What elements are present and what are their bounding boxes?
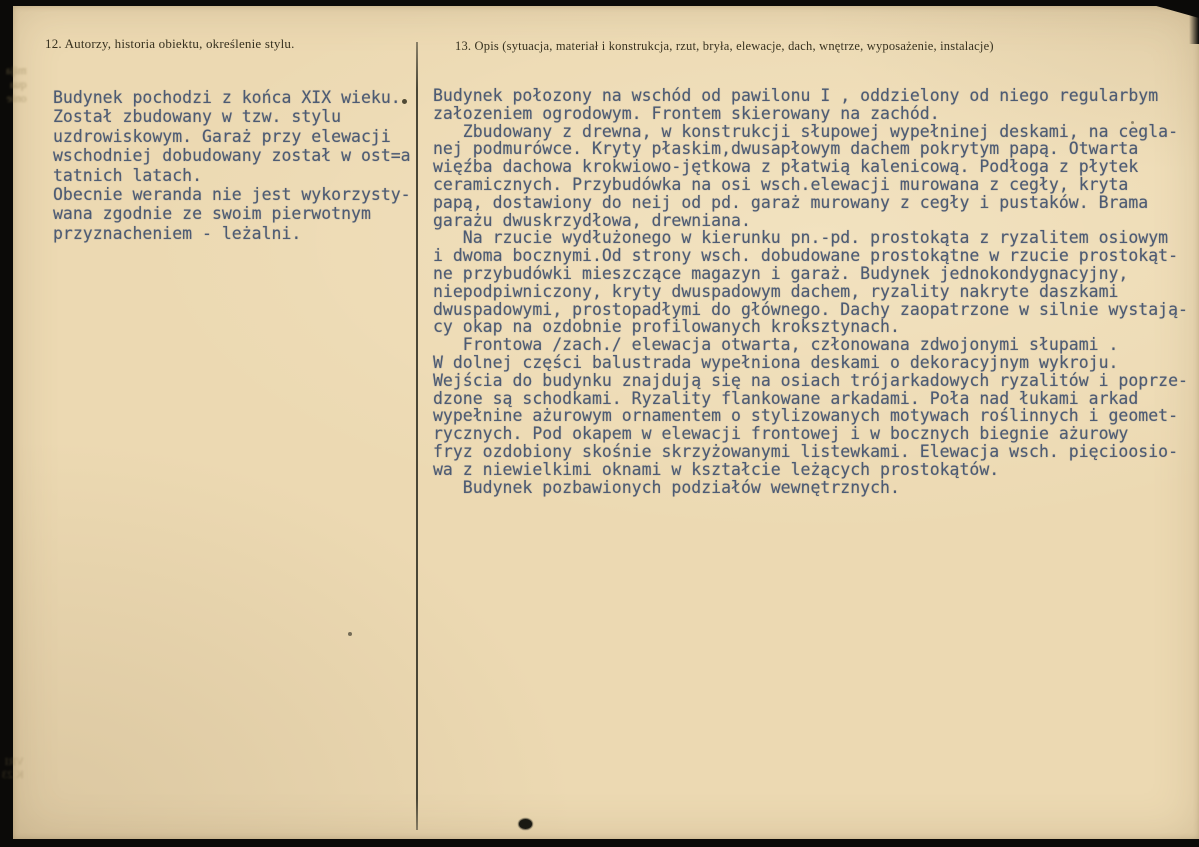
- text-line: K 23: [2, 769, 24, 782]
- text-line: Wejścia do budynku znajdują się na osiac…: [433, 372, 1188, 390]
- bleed-through-text-bottom: VRIK 23: [2, 756, 24, 782]
- section12-typewritten-text: Budynek pochodzi z końca XIX wieku.Zosta…: [53, 88, 411, 243]
- document-scan: mijaquaonie VRIK 23 12. Autorzy, histori…: [0, 0, 1199, 847]
- text-line: VRI: [2, 756, 24, 769]
- text-line: przyznacheniem - leżalni.: [53, 224, 411, 243]
- text-line: wschodniej dobudowany został w ost=a: [53, 146, 411, 165]
- text-line: fryz ozdobiony skośnie skrzyżowanymi lis…: [433, 443, 1188, 461]
- text-line: dzone są schodkami. Ryzality flankowane …: [433, 390, 1188, 408]
- text-line: Budynek pozbawionych podziałów wewnętrzn…: [433, 479, 1188, 497]
- text-line: ceramicznych. Przybudówka na osi wsch.el…: [433, 176, 1188, 194]
- text-line: onie: [6, 92, 26, 106]
- text-line: dwuspadowymi, prostopadłymi do głównego.…: [433, 301, 1188, 319]
- text-line: i dwoma bocznymi.Od strony wsch. dobudow…: [433, 247, 1188, 265]
- text-line: mija: [6, 64, 26, 78]
- text-line: nej podmurówce. Kryty płaskim,dwusapłowy…: [433, 140, 1188, 158]
- text-line: cy okap na ozdobnie profilowanych kroksz…: [433, 318, 1188, 336]
- section13-typewritten-text: Budynek połozony na wschód od pawilonu I…: [433, 87, 1188, 496]
- text-line: W dolnej części balustrada wypełniona de…: [433, 354, 1188, 372]
- field-label-13: 13. Opis (sytuacja, materiał i konstrukc…: [455, 39, 994, 54]
- text-line: Budynek połozony na wschód od pawilonu I…: [433, 87, 1188, 105]
- text-line: Budynek pochodzi z końca XIX wieku.: [53, 88, 411, 107]
- column-divider-line: [416, 42, 418, 830]
- scan-edge-shadow: [1189, 0, 1199, 44]
- text-line: rycznych. Pod okapem w elewacji frontowe…: [433, 425, 1188, 443]
- text-line: załozeniem ogrodowym. Frontem skierowany…: [433, 105, 1188, 123]
- ink-speck: [1131, 121, 1134, 124]
- text-line: Na rzucie wydłużonego w kierunku pn.-pd.…: [433, 229, 1188, 247]
- text-line: niepodpiwniczony, kryty dwuspadowym dach…: [433, 283, 1188, 301]
- text-line: wa z niewielkimi oknami w kształcie leżą…: [433, 461, 1188, 479]
- ink-blot: [519, 819, 532, 829]
- text-line: wana zgodnie ze swoim pierwotnym: [53, 204, 411, 223]
- ink-speck: [402, 99, 407, 104]
- text-line: qua: [6, 78, 26, 92]
- text-line: Zbudowany z drewna, w konstrukcji słupow…: [433, 123, 1188, 141]
- text-line: Obecnie weranda nie jest wykorzysty-: [53, 185, 411, 204]
- text-line: Frontowa /zach./ elewacja otwarta, człon…: [433, 336, 1188, 354]
- text-line: wypełnine ażurowym ornamentem o stylizow…: [433, 407, 1188, 425]
- text-line: ne przybudówki mieszczące magazyn i gara…: [433, 265, 1188, 283]
- text-line: tatnich latach.: [53, 166, 411, 185]
- text-line: papą, dostawiony do neij od pd. garaż mu…: [433, 194, 1188, 212]
- bleed-through-text-top: mijaquaonie: [6, 64, 26, 106]
- field-label-12: 12. Autorzy, historia obiektu, określeni…: [45, 36, 295, 52]
- text-line: Został zbudowany w tzw. stylu: [53, 107, 411, 126]
- text-line: garażu dwuskrzydłowa, drewniana.: [433, 212, 1188, 230]
- ink-speck: [348, 632, 352, 636]
- text-line: uzdrowiskowym. Garaż przy elewacji: [53, 127, 411, 146]
- text-line: więźba dachowa krokwiowo-jętkowa z płatw…: [433, 158, 1188, 176]
